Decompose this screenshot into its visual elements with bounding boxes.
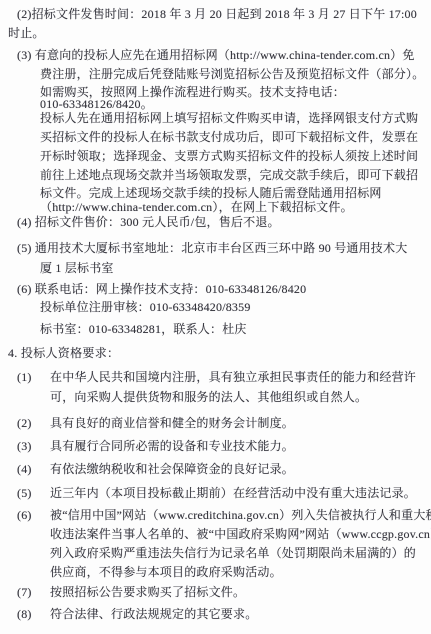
item-number: (6) — [17, 508, 50, 522]
line-text: 厦 1 层标书室 — [40, 261, 114, 275]
line-text: 具有履行合同所必需的设备和专业技术能力。 — [50, 439, 294, 453]
document-line: 费注册，注册完成后凭登陆账号浏览招标公告及预览招标文件（部分）。 — [40, 67, 424, 81]
document-line: (4) 招标文件售价：300 元人民币/包，售后不退。 — [17, 215, 280, 229]
line-text: 投标单位注册审核：010-63348420/8359 — [40, 300, 251, 314]
item-number: (7) — [17, 585, 50, 599]
document-line: 时止。 — [8, 26, 45, 40]
section-heading: 4. 投标人资格要求： — [8, 346, 119, 360]
line-text: 具有良好的商业信誉和健全的财务会计制度。 — [50, 416, 294, 430]
document-line: 买招标文件的投标人在标书款支付成功后，即可下载招标文件，发票在 — [40, 130, 418, 144]
document-line: (2)具有良好的商业信誉和健全的财务会计制度。 — [17, 416, 294, 430]
item-number: (8) — [17, 607, 50, 621]
line-text: 在中华人民共和国境内注册，具有独立承担民事责任的能力和经营许 — [50, 370, 416, 384]
document-line: 开标时领取；选择现金、支票方式购买招标文件的投标人须按上述时间 — [40, 149, 418, 163]
item-number: (4) — [17, 462, 50, 476]
document-line: 010-63348126/8420。 — [40, 97, 153, 111]
line-text: 010-63348126/8420。 — [40, 97, 153, 111]
line-text: 4. 投标人资格要求： — [8, 346, 119, 360]
line-text: (6) 联系电话：网上操作技术支持：010-63348126/8420 — [17, 282, 306, 296]
document-line: 收违法案件当事人名单的、被“中国政府采购网”网站（www.ccgp.gov.cn… — [50, 527, 431, 541]
line-text: 按照招标公告要求购买了招标文件。 — [50, 585, 245, 599]
line-text: 投标人先在通用招标网上填写招标文件购买申请，选择网银支付方式购 — [40, 111, 418, 125]
item-number: (2) — [17, 416, 50, 430]
line-text: 费注册，注册完成后凭登陆账号浏览招标公告及预览招标文件（部分）。 — [40, 67, 424, 81]
line-text: 收违法案件当事人名单的、被“中国政府采购网”网站（www.ccgp.gov.cn… — [50, 527, 431, 541]
item-number: (1) — [17, 370, 50, 384]
item-number: (3) — [17, 439, 50, 453]
document-line: 标文件。完成上述现场交款手续的投标人随后需登陆通用招标网 — [40, 186, 382, 200]
document-line: (6) 联系电话：网上操作技术支持：010-63348126/8420 — [17, 282, 306, 296]
line-text: 开标时领取；选择现金、支票方式购买招标文件的投标人须按上述时间 — [40, 149, 418, 163]
line-text: (3) 有意向的投标人应先在通用招标网（http://www.china-ten… — [17, 48, 415, 62]
line-text: 符合法律、行政法规规定的其它要求。 — [50, 607, 257, 621]
document-line: (8)符合法律、行政法规规定的其它要求。 — [17, 607, 257, 621]
line-text: （http://www.china-tender.com.cn），在网上下载招标… — [40, 200, 353, 214]
item-number: (5) — [17, 486, 50, 500]
document-line: 可，向采购人提供货物和服务的法人、其他组织或自然人。 — [50, 390, 367, 404]
document-line: (4)有依法缴纳税收和社会保障资金的良好记录。 — [17, 462, 294, 476]
document-line: (2)招标文件发售时间：2018 年 3 月 20 日起到 2018 年 3 月… — [17, 7, 417, 21]
line-text: (4) 招标文件售价：300 元人民币/包，售后不退。 — [17, 215, 280, 229]
line-text: 列入政府采购严重违法失信行为记录名单（处罚期限尚未届满的）的 — [50, 546, 416, 560]
document-line: (6)被“信用中国”网站（www.creditchina.gov.cn）列入失信… — [17, 508, 431, 522]
document-line: 标书室：010-63348281，联系人：杜庆 — [40, 322, 247, 336]
document-line: (3)具有履行合同所必需的设备和专业技术能力。 — [17, 439, 294, 453]
document-line: 前往上述地点现场交款并当场领取发票，完成交款手续后，即可下载招 — [40, 168, 418, 182]
line-text: 近三年内（本项目投标截止期前）在经营活动中没有重大违法记录。 — [50, 486, 416, 500]
document-line: （http://www.china-tender.com.cn），在网上下载招标… — [40, 200, 353, 214]
line-text: (2)招标文件发售时间：2018 年 3 月 20 日起到 2018 年 3 月… — [17, 7, 417, 21]
document-line: (3) 有意向的投标人应先在通用招标网（http://www.china-ten… — [17, 48, 415, 62]
document-line: 厦 1 层标书室 — [40, 261, 114, 275]
line-text: 时止。 — [8, 26, 45, 40]
document-line: 投标单位注册审核：010-63348420/8359 — [40, 300, 251, 314]
line-text: 标文件。完成上述现场交款手续的投标人随后需登陆通用招标网 — [40, 186, 382, 200]
line-text: 买招标文件的投标人在标书款支付成功后，即可下载招标文件，发票在 — [40, 130, 418, 144]
document-line: 列入政府采购严重违法失信行为记录名单（处罚期限尚未届满的）的 — [50, 546, 416, 560]
document-line: (5) 通用技术大厦标书室地址：北京市丰台区西三环中路 90 号通用技术大 — [17, 241, 407, 255]
line-text: (5) 通用技术大厦标书室地址：北京市丰台区西三环中路 90 号通用技术大 — [17, 241, 407, 255]
document-line: 供应商，不得参与本项目的政府采购活动。 — [50, 565, 282, 579]
document-line: (7)按照招标公告要求购买了招标文件。 — [17, 585, 245, 599]
line-text: 有依法缴纳税收和社会保障资金的良好记录。 — [50, 462, 294, 476]
line-text: 可，向采购人提供货物和服务的法人、其他组织或自然人。 — [50, 390, 367, 404]
document-line: (1)在中华人民共和国境内注册，具有独立承担民事责任的能力和经营许 — [17, 370, 416, 384]
line-text: 供应商，不得参与本项目的政府采购活动。 — [50, 565, 282, 579]
document-line: (5)近三年内（本项目投标截止期前）在经营活动中没有重大违法记录。 — [17, 486, 416, 500]
line-text: 前往上述地点现场交款并当场领取发票，完成交款手续后，即可下载招 — [40, 168, 418, 182]
document-line: 投标人先在通用招标网上填写招标文件购买申请，选择网银支付方式购 — [40, 111, 418, 125]
line-text: 被“信用中国”网站（www.creditchina.gov.cn）列入失信被执行… — [50, 508, 431, 522]
line-text: 标书室：010-63348281，联系人：杜庆 — [40, 322, 247, 336]
document-page: (2)招标文件发售时间：2018 年 3 月 20 日起到 2018 年 3 月… — [0, 0, 431, 634]
